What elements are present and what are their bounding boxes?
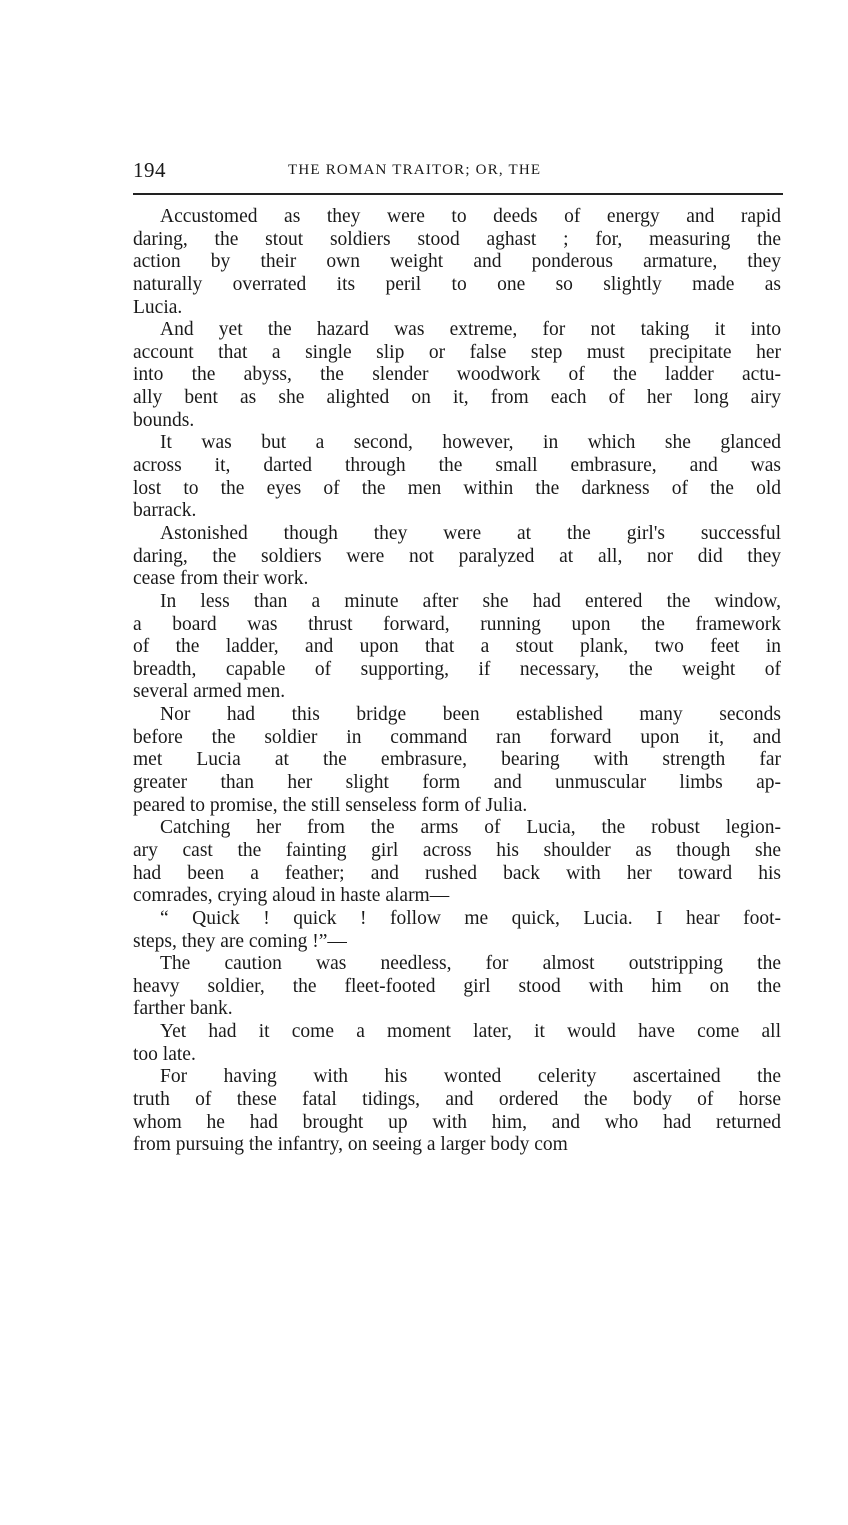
text-line: several armed men.: [133, 681, 781, 704]
text-line: daring, the stout soldiers stood aghast …: [133, 229, 781, 252]
paragraph: Yet had it come a moment later, it would…: [133, 1021, 781, 1066]
text-line: across it, darted through the small embr…: [133, 455, 781, 478]
text-line: of the ladder, and upon that a stout pla…: [133, 636, 781, 659]
paragraph: The caution was needless, for almost out…: [133, 953, 781, 1021]
text-line: It was but a second, however, in which s…: [133, 432, 781, 455]
paragraph: It was but a second, however, in which s…: [133, 432, 781, 523]
page-header: 194 THE ROMAN TRAITOR; OR, THE: [133, 158, 783, 188]
paragraph: Accustomed as they were to deeds of ener…: [133, 206, 781, 319]
text-line: action by their own weight and ponderous…: [133, 251, 781, 274]
text-line: Lucia.: [133, 297, 781, 320]
text-line: For having with his wonted celerity asce…: [133, 1066, 781, 1089]
text-line: Accustomed as they were to deeds of ener…: [133, 206, 781, 229]
text-line: Yet had it come a moment later, it would…: [133, 1021, 781, 1044]
text-line: ary cast the fainting girl across his sh…: [133, 840, 781, 863]
paragraph: Catching her from the arms of Lucia, the…: [133, 817, 781, 908]
body-text: Accustomed as they were to deeds of ener…: [133, 206, 781, 1157]
text-line: In less than a minute after she had ente…: [133, 591, 781, 614]
text-line: The caution was needless, for almost out…: [133, 953, 781, 976]
text-line: had been a feather; and rushed back with…: [133, 863, 781, 886]
text-line: greater than her slight form and unmuscu…: [133, 772, 781, 795]
text-line: whom he had brought up with him, and who…: [133, 1112, 781, 1135]
paragraph: Astonished though they were at the girl'…: [133, 523, 781, 591]
text-line: Nor had this bridge been established man…: [133, 704, 781, 727]
paragraph: “ Quick ! quick ! follow me quick, Lucia…: [133, 908, 781, 953]
text-line: breadth, capable of supporting, if neces…: [133, 659, 781, 682]
text-line: barrack.: [133, 500, 781, 523]
text-line: lost to the eyes of the men within the d…: [133, 478, 781, 501]
paragraph: Nor had this bridge been established man…: [133, 704, 781, 817]
paragraph: In less than a minute after she had ente…: [133, 591, 781, 704]
text-line: from pursuing the infantry, on seeing a …: [133, 1134, 781, 1157]
text-line: into the abyss, the slender woodwork of …: [133, 364, 781, 387]
text-line: steps, they are coming !”—: [133, 931, 781, 954]
text-line: bounds.: [133, 410, 781, 433]
book-page: 194 THE ROMAN TRAITOR; OR, THE Accustome…: [0, 0, 848, 1525]
text-line: truth of these fatal tidings, and ordere…: [133, 1089, 781, 1112]
text-line: And yet the hazard was extreme, for not …: [133, 319, 781, 342]
text-line: met Lucia at the embrasure, bearing with…: [133, 749, 781, 772]
text-line: ally bent as she alighted on it, from ea…: [133, 387, 781, 410]
text-line: peared to promise, the still senseless f…: [133, 795, 781, 818]
text-line: comrades, crying aloud in haste alarm—: [133, 885, 781, 908]
text-line: before the soldier in command ran forwar…: [133, 727, 781, 750]
text-line: “ Quick ! quick ! follow me quick, Lucia…: [133, 908, 781, 931]
paragraph: For having with his wonted celerity asce…: [133, 1066, 781, 1157]
text-line: farther bank.: [133, 998, 781, 1021]
text-line: Catching her from the arms of Lucia, the…: [133, 817, 781, 840]
text-line: a board was thrust forward, running upon…: [133, 614, 781, 637]
text-line: Astonished though they were at the girl'…: [133, 523, 781, 546]
header-rule: [133, 193, 783, 195]
paragraph: And yet the hazard was extreme, for not …: [133, 319, 781, 432]
running-head: THE ROMAN TRAITOR; OR, THE: [288, 162, 541, 179]
text-line: too late.: [133, 1044, 781, 1067]
text-line: cease from their work.: [133, 568, 781, 591]
text-line: daring, the soldiers were not paralyzed …: [133, 546, 781, 569]
page-number: 194: [133, 158, 166, 183]
text-line: account that a single slip or false step…: [133, 342, 781, 365]
text-line: naturally overrated its peril to one so …: [133, 274, 781, 297]
text-line: heavy soldier, the fleet-footed girl sto…: [133, 976, 781, 999]
